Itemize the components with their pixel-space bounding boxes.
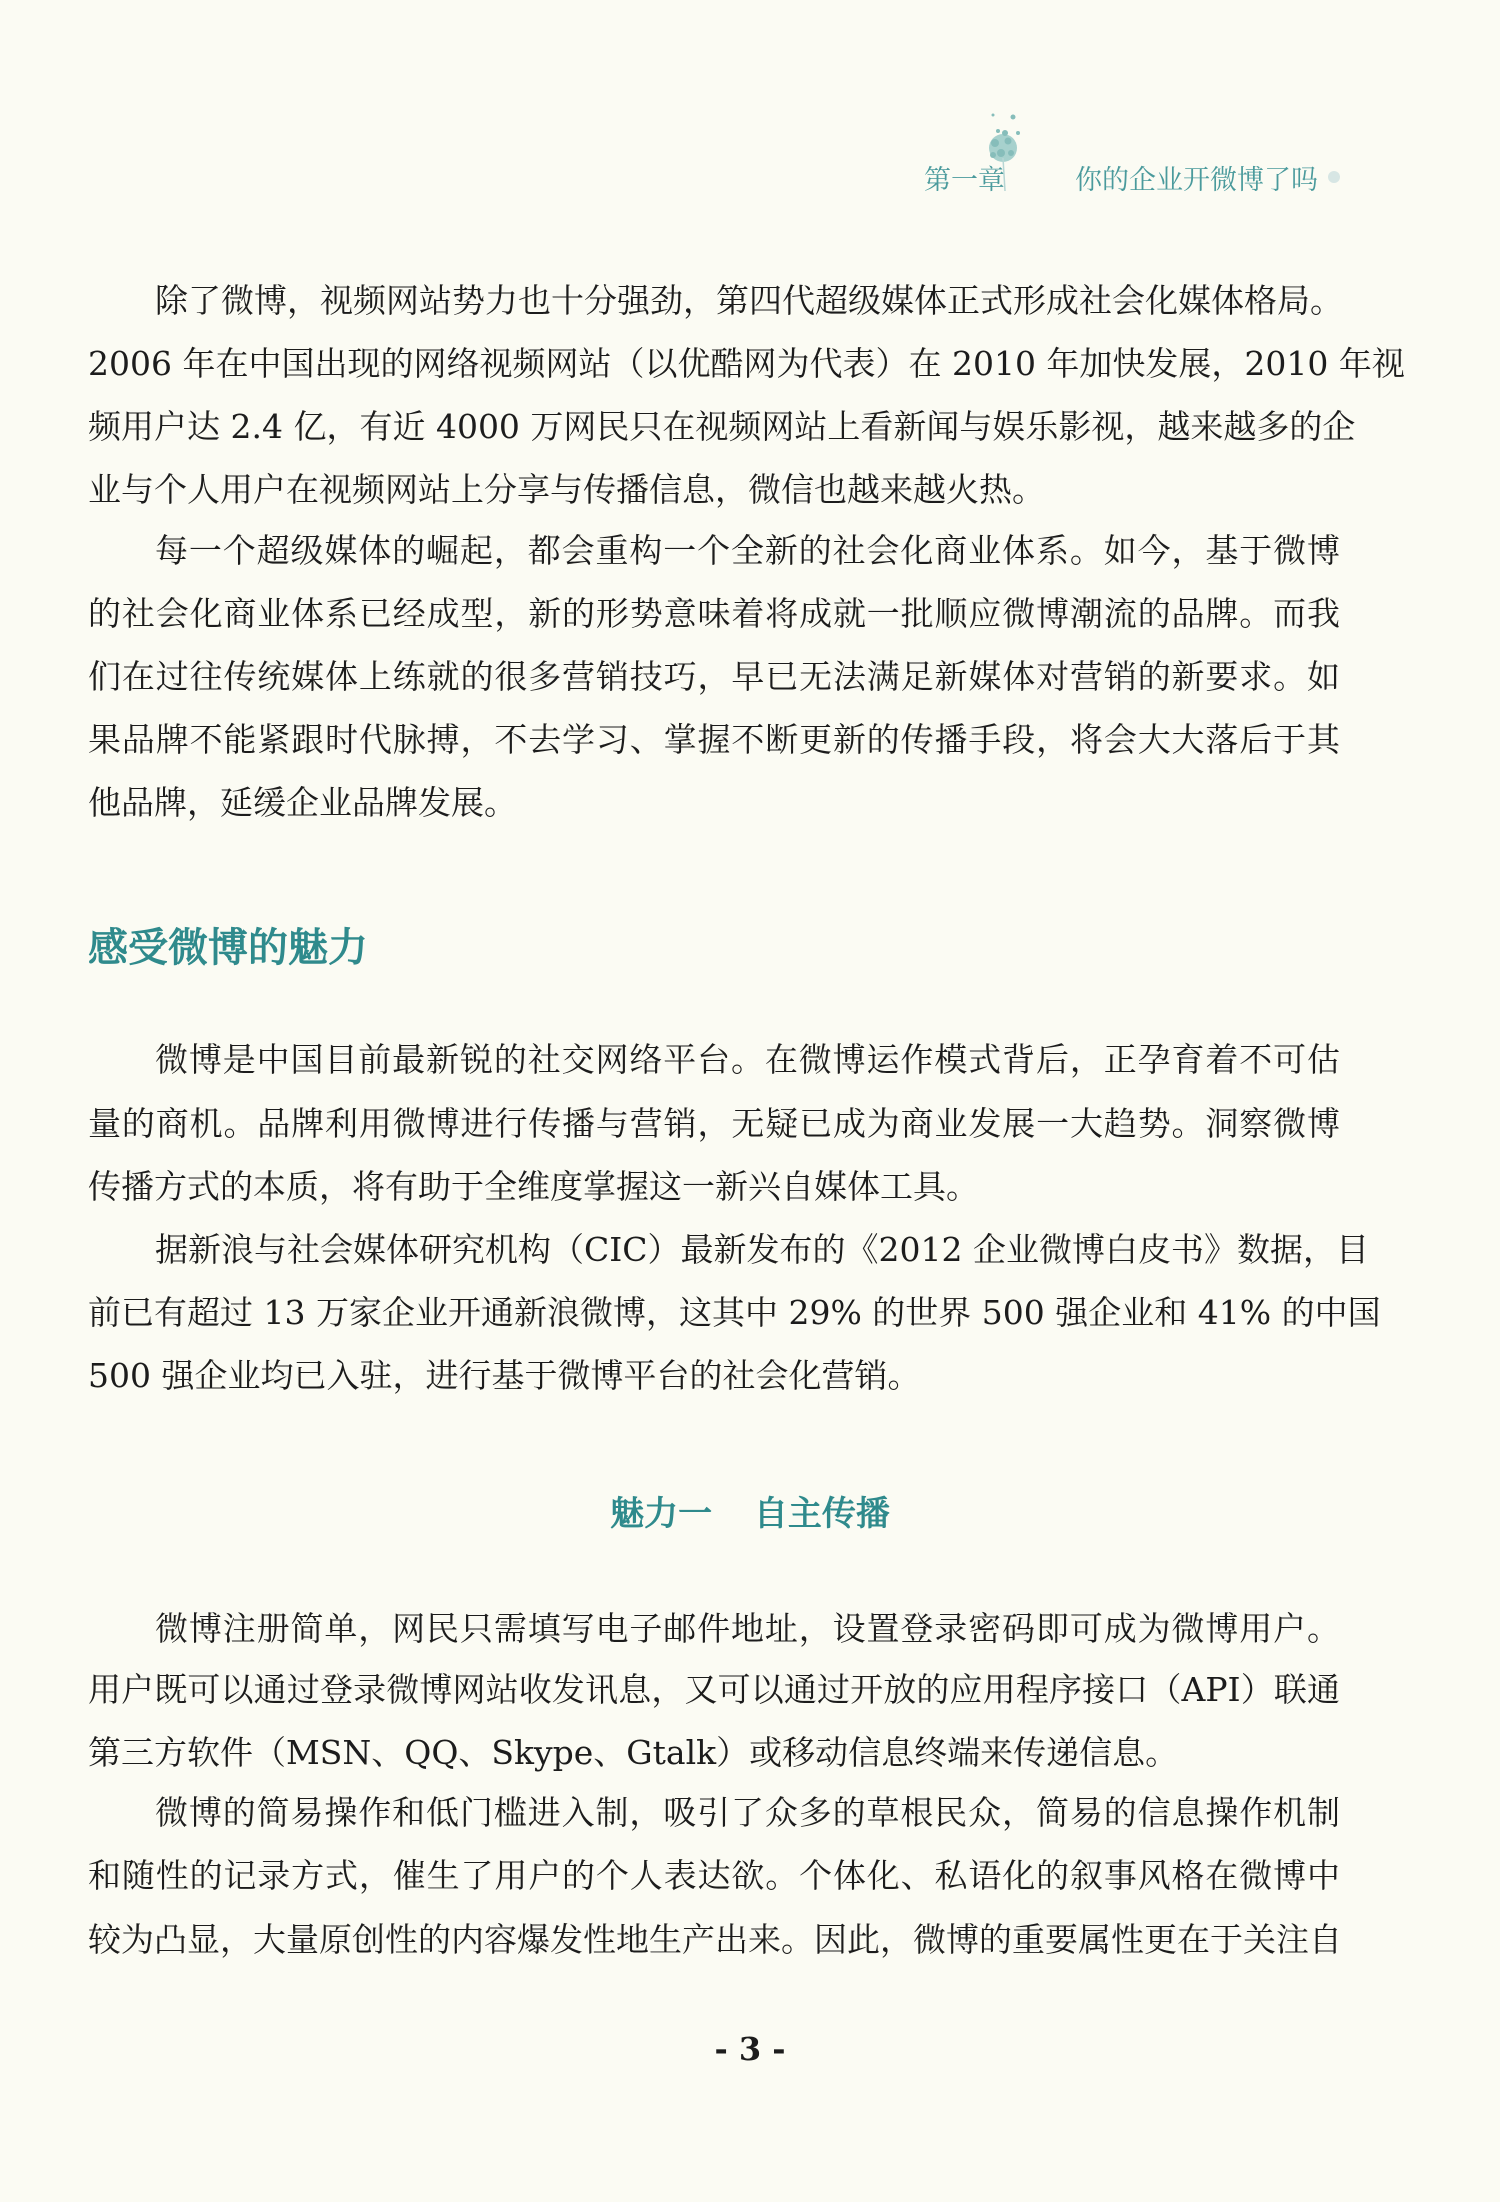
- chapter-title: 你的企业开微博了吗: [1075, 165, 1318, 196]
- body-line: 2006 年在中国出现的网络视频网站（以优酷网为代表）在 2010 年加快发展，…: [88, 344, 1340, 384]
- running-header: 第一章 你的企业开微博了吗: [924, 152, 1340, 202]
- body-line: 除了微博，视频网站势力也十分强劲，第四代超级媒体正式形成社会化媒体格局。: [155, 281, 1340, 321]
- body-line: 传播方式的本质，将有助于全维度掌握这一新兴自媒体工具。: [88, 1167, 1340, 1207]
- body-line: 据新浪与社会媒体研究机构（CIC）最新发布的《2012 企业微博白皮书》数据，目: [155, 1230, 1340, 1270]
- body-line: 频用户达 2.4 亿，有近 4000 万网民只在视频网站上看新闻与娱乐影视，越来…: [88, 407, 1340, 447]
- body-line: 量的商机。品牌利用微博进行传播与营销，无疑已成为商业发展一大趋势。洞察微博: [88, 1104, 1340, 1144]
- page-number: - 3 -: [0, 2030, 1500, 2068]
- body-line: 较为凸显，大量原创性的内容爆发性地生产出来。因此，微博的重要属性更在于关注自: [88, 1920, 1340, 1960]
- body-line: 每一个超级媒体的崛起，都会重构一个全新的社会化商业体系。如今，基于微博: [155, 531, 1340, 571]
- body-line: 业与个人用户在视频网站上分享与传播信息，微信也越来越火热。: [88, 470, 1340, 510]
- chapter-title-wrap: 你的企业开微博了吗: [1075, 158, 1318, 197]
- body-line: 第三方软件（MSN、QQ、Skype、Gtalk）或移动信息终端来传递信息。: [88, 1733, 1340, 1773]
- body-line: 500 强企业均已入驻，进行基于微博平台的社会化营销。: [88, 1356, 1340, 1396]
- body-line: 们在过往传统媒体上练就的很多营销技巧，早已无法满足新媒体对营销的新要求。如: [88, 657, 1340, 697]
- header-dot-icon: [1328, 171, 1340, 183]
- body-line: 用户既可以通过登录微博网站收发讯息，又可以通过开放的应用程序接口（API）联通: [88, 1670, 1340, 1710]
- body-line: 和随性的记录方式，催生了用户的个人表达欲。个体化、私语化的叙事风格在微博中: [88, 1856, 1340, 1896]
- body-line: 微博注册简单，网民只需填写电子邮件地址，设置登录密码即可成为微博用户。: [155, 1609, 1340, 1649]
- subsection-heading: 魅力一 自主传播: [0, 1486, 1500, 1535]
- body-line: 前已有超过 13 万家企业开通新浪微博，这其中 29% 的世界 500 强企业和…: [88, 1293, 1340, 1333]
- section-heading: 感受微博的魅力: [88, 916, 368, 973]
- body-line: 微博的简易操作和低门槛进入制，吸引了众多的草根民众，简易的信息操作机制: [155, 1793, 1340, 1833]
- body-line: 他品牌，延缓企业品牌发展。: [88, 783, 1340, 823]
- dandelion-icon: [963, 103, 1043, 193]
- body-line: 微博是中国目前最新锐的社交网络平台。在微博运作模式背后，正孕育着不可估: [155, 1040, 1340, 1080]
- body-line: 的社会化商业体系已经成型，新的形势意味着将成就一批顺应微博潮流的品牌。而我: [88, 594, 1340, 634]
- body-line: 果品牌不能紧跟时代脉搏，不去学习、掌握不断更新的传播手段，将会大大落后于其: [88, 720, 1340, 760]
